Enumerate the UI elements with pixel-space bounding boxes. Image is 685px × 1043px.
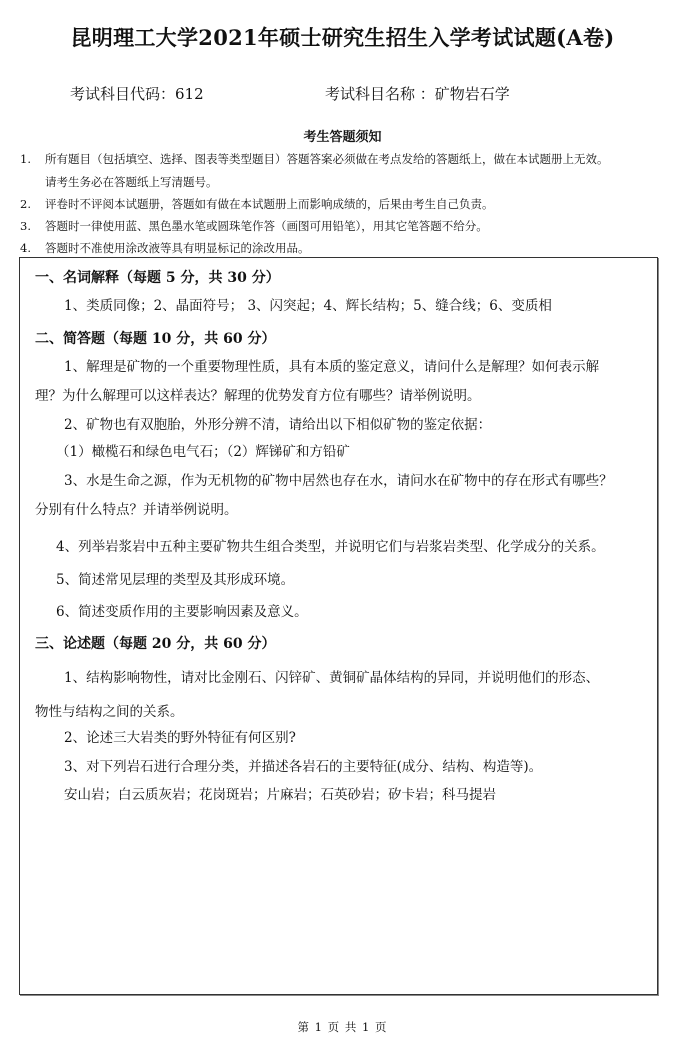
- section-heading: 一、名词解释（每题 5 分，共 30 分）: [35, 267, 280, 287]
- question-line: 6、简述变质作用的主要影响因素及意义。: [56, 600, 308, 620]
- section-heading: 二、简答题（每题 10 分，共 60 分）: [35, 328, 275, 348]
- question-line: 1、解理是矿物的一个重要物理性质，具有本质的鉴定意义，请问什么是解理？如何表示解: [64, 355, 599, 375]
- subject-name: 考试科目名称 ：矿物岩石学: [325, 83, 510, 104]
- exam-title: 昆明理工大学2021年硕士研究生招生入学考试试题(A卷): [0, 22, 685, 52]
- page-number: 第 1 页 共 1 页: [0, 1019, 685, 1035]
- question-line: 分别有什么特点？并请举例说明。: [35, 498, 238, 518]
- notice-rule: 请考生务必在答题纸上写清题号。: [20, 174, 218, 190]
- question-line: 2、矿物也有双胞胎，外形分辨不清，请给出以下相似矿物的鉴定依据：: [64, 413, 491, 433]
- notice-rule: 4.答题时不准使用涂改液等具有明显标记的涂改用品。: [20, 240, 310, 256]
- question-line: 1、结构影响物性，请对比金刚石、闪锌矿、黄铜矿晶体结构的异同，并说明他们的形态、: [64, 666, 599, 686]
- questions-box: 一、名词解释（每题 5 分，共 30 分） 1、类质同像；2、晶面符号； 3、闪…: [19, 257, 658, 995]
- notice-rule: 3.答题时一律使用蓝、黑色墨水笔或圆珠笔作答（画图可用铅笔），用其它笔答题不给分…: [20, 218, 488, 234]
- question-line: 2、论述三大岩类的野外特征有何区别?: [64, 726, 296, 746]
- question-line: 1、类质同像；2、晶面符号； 3、闪突起；4、辉长结构；5、缝合线；6、变质相: [64, 294, 552, 314]
- question-line: 5、简述常见层理的类型及其形成环境。: [56, 568, 294, 588]
- notice-rule: 1.所有题目（包括填空、选择、图表等类型题目）答题答案必须做在考点发给的答题纸上…: [20, 151, 609, 167]
- question-line: 3、水是生命之源，作为无机物的矿物中居然也存在水，请问水在矿物中的存在形式有哪些…: [64, 469, 613, 489]
- question-line: 物性与结构之间的关系。: [35, 700, 184, 720]
- subject-code: 考试科目代码：612: [70, 83, 204, 104]
- notice-title: 考生答题须知: [0, 126, 685, 145]
- question-line: 理？为什么解理可以这样表达？解理的优势发育方位有哪些？请举例说明。: [35, 384, 481, 404]
- notice-rule: 2.评卷时不评阅本试题册，答题如有做在本试题册上而影响成绩的，后果由考生自己负责…: [20, 196, 494, 212]
- section-heading: 三、论述题（每题 20 分，共 60 分）: [35, 633, 275, 653]
- question-line: 3、对下列岩石进行合理分类，并描述各岩石的主要特征(成分、结构、构造等)。: [64, 755, 542, 775]
- question-line: 安山岩；白云质灰岩；花岗斑岩；片麻岩；石英砂岩；矽卡岩；科马提岩: [64, 783, 496, 803]
- question-line: 4、列举岩浆岩中五种主要矿物共生组合类型，并说明它们与岩浆岩类型、化学成分的关系…: [56, 535, 605, 555]
- question-line: （1）橄榄石和绿色电气石；（2）辉锑矿和方铅矿: [56, 440, 350, 460]
